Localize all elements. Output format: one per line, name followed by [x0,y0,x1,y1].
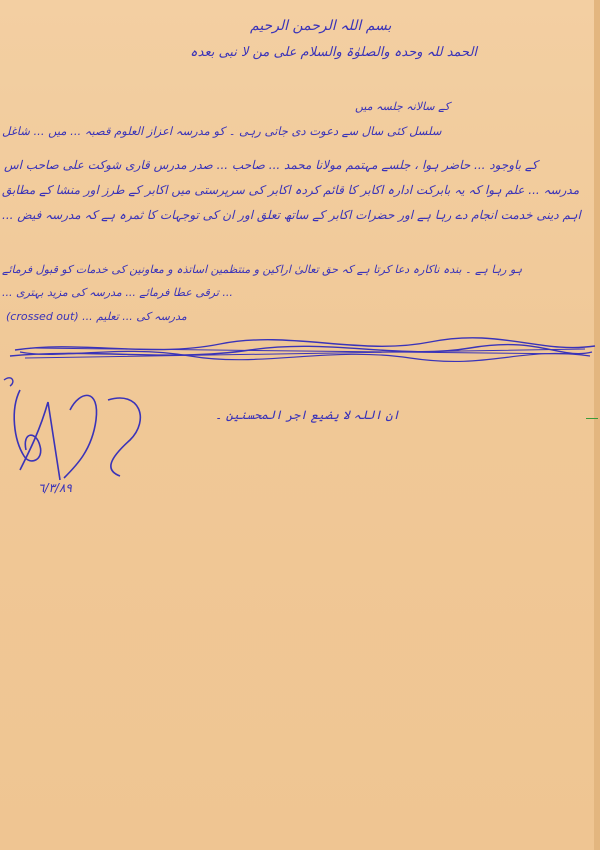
body-line-2: کے باوجود ... حاضر ہوا ، جلسے مہتمم مولا… [4,158,538,172]
body-line-3: مدرسہ ... علم ہوا کہ یہ بابرکت ادارہ اکا… [2,183,579,197]
body-line-0: کے سالانہ جلسہ میں [355,100,450,113]
margin-mark [586,418,598,419]
signature [0,370,160,485]
body-line-5: ہو رہا ہے ۔ بندہ ناکارہ دعا کرتا ہے کہ ح… [2,263,522,276]
closing-line: ان اللہ لا یضیع اجر المحسنین ۔ [215,408,400,422]
salutation-line: الحمد للہ وحدہ والصلوٰۃ والسلام علی من ل… [190,45,477,60]
body-line-1: سلسل کئی سال سے دعوت دی جاتی رہی ۔ کو مد… [2,124,442,138]
body-line-6: ... ترقی عطا فرمائے ... مدرسہ کی مزید بہ… [2,286,233,299]
bismillah-heading: بسم اللہ الرحمن الرحیم [250,18,391,34]
body-line-4: اہم دینی خدمت انجام دے رہا ہے اور حضرات … [2,208,581,222]
page-edge [594,0,600,850]
date: ٦/٣/٨٩ [38,481,72,495]
body-line-7: مدرسہ کی ... تعلیم ... (crossed out) [6,310,187,323]
document-page: بسم اللہ الرحمن الرحیم الحمد للہ وحدہ وا… [0,0,600,850]
